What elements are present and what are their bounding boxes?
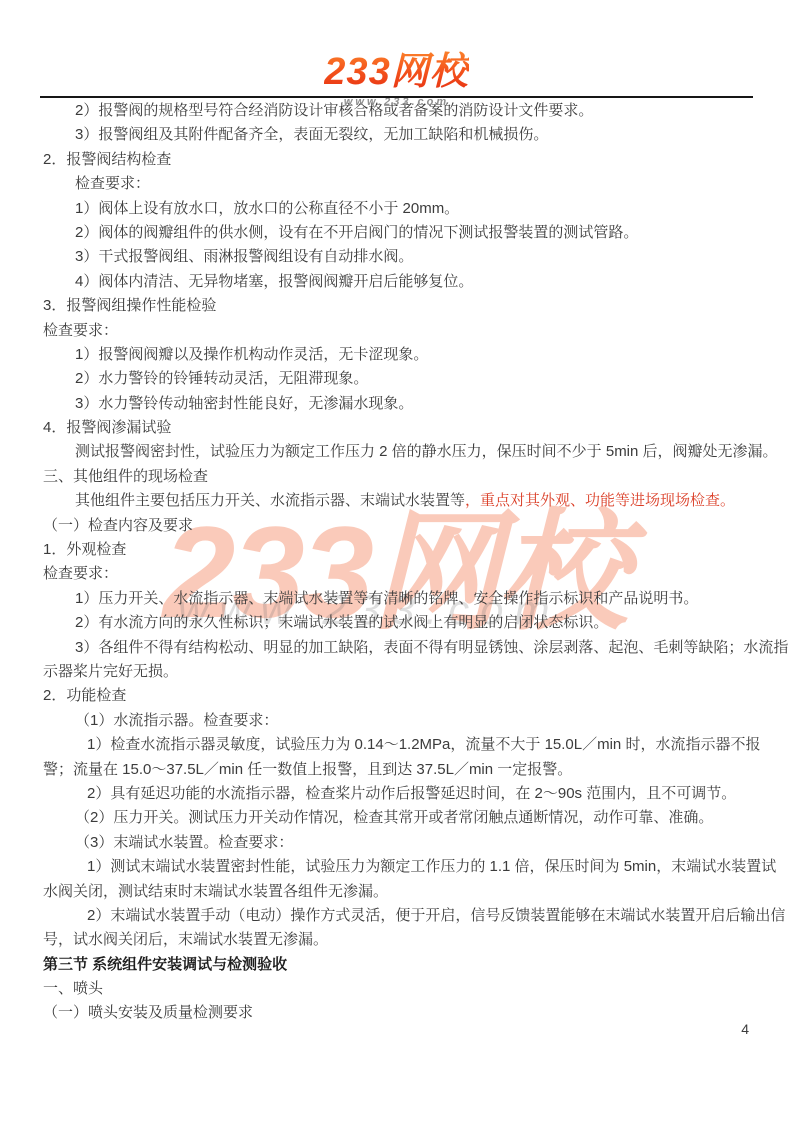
doc-text: 警；流量在 15.0～37.5L／min 任一数值上报警，且到达 37.5L／m…: [43, 761, 572, 778]
doc-text: （2）压力开关。测试压力开关动作情况，检查其常开或者常闭触点通断情况，动作可靠、…: [75, 809, 713, 826]
doc-text: 测试报警阀密封性，试验压力为额定工作压力 2 倍的静水压力，保压时间不少于 5m…: [75, 443, 778, 460]
doc-line: 2．功能检查: [43, 684, 757, 708]
doc-line: 号，试水阀关闭后，末端试水装置无渗漏。: [43, 928, 757, 952]
doc-line: 警；流量在 15.0～37.5L／min 任一数值上报警，且到达 37.5L／m…: [43, 758, 757, 782]
doc-text: 三、其他组件的现场检查: [43, 468, 208, 485]
doc-line: （1）水流指示器。检查要求：: [43, 709, 757, 733]
doc-line: 检查要求：: [43, 562, 757, 586]
doc-text: 1）阀体上设有放水口，放水口的公称直径不小于 20mm。: [75, 200, 459, 217]
doc-line: 2）水力警铃的铃锤转动灵活，无阻滞现象。: [43, 367, 757, 391]
doc-text: 3）水力警铃传动轴密封性能良好，无渗漏水现象。: [75, 395, 413, 412]
doc-line: 2）有水流方向的永久性标识；末端试水装置的试水阀上有明显的启闭状态标识。: [43, 611, 757, 635]
doc-text: 检查要求：: [43, 565, 118, 582]
doc-line: 测试报警阀密封性，试验压力为额定工作压力 2 倍的静水压力，保压时间不少于 5m…: [43, 440, 757, 464]
doc-line: 2）阀体的阀瓣组件的供水侧，设有在不开启阀门的情况下测试报警装置的测试管路。: [43, 221, 757, 245]
doc-line: 3）水力警铃传动轴密封性能良好，无渗漏水现象。: [43, 392, 757, 416]
doc-text: 2）水力警铃的铃锤转动灵活，无阻滞现象。: [75, 370, 368, 387]
doc-text: 3）干式报警阀组、雨淋报警阀组设有自动排水阀。: [75, 248, 413, 265]
doc-text: （一）检查内容及要求: [43, 517, 193, 534]
doc-text: （1）水流指示器。检查要求：: [75, 712, 278, 729]
doc-text: 水阀关闭，测试结束时末端试水装置各组件无渗漏。: [43, 883, 388, 900]
doc-text: 3）各组件不得有结构松动、明显的加工缺陷，表面不得有明显锈蚀、涂层剥落、起泡、毛…: [75, 639, 788, 656]
doc-line: 3）各组件不得有结构松动、明显的加工缺陷，表面不得有明显锈蚀、涂层剥落、起泡、毛…: [43, 636, 757, 660]
doc-text: 检查要求：: [43, 322, 118, 339]
doc-text: 其他组件主要包括压力开关、水流指示器、末端试水装置等: [75, 492, 465, 509]
doc-line: 4．报警阀渗漏试验: [43, 416, 757, 440]
doc-text: 1）报警阀阀瓣以及操作机构动作灵活，无卡涩现象。: [75, 346, 428, 363]
doc-text: （3）末端试水装置。检查要求：: [75, 834, 293, 851]
doc-line: 1）阀体上设有放水口，放水口的公称直径不小于 20mm。: [43, 197, 757, 221]
doc-line: 三、其他组件的现场检查: [43, 465, 757, 489]
doc-line: （3）末端试水装置。检查要求：: [43, 831, 757, 855]
doc-line: 3．报警阀组操作性能检验: [43, 294, 757, 318]
doc-line: 1）压力开关、水流指示器、末端试水装置等有清晰的铭牌、安全操作指示标识和产品说明…: [43, 587, 757, 611]
doc-text: 2．报警阀结构检查: [43, 151, 171, 168]
doc-line: 第三节 系统组件安装调试与检测验收: [43, 953, 757, 977]
doc-text: 第三节 系统组件安装调试与检测验收: [43, 956, 287, 973]
doc-text: 4．报警阀渗漏试验: [43, 419, 171, 436]
page-number: 4: [741, 1021, 749, 1037]
doc-line: 1）测试末端试水装置密封性能，试验压力为额定工作压力的 1.1 倍，保压时间为 …: [43, 855, 757, 879]
doc-line: 2）具有延迟功能的水流指示器，检查桨片动作后报警延迟时间，在 2～90s 范围内…: [43, 782, 757, 806]
doc-text: 1．外观检查: [43, 541, 126, 558]
document-body: 2）报警阀的规格型号符合经消防设计审核合格或者备案的消防设计文件要求。3）报警阀…: [43, 99, 757, 1026]
doc-text: 1）检查水流指示器灵敏度，试验压力为 0.14～1.2MPa，流量不大于 15.…: [87, 736, 760, 753]
doc-text: 3）报警阀组及其附件配备齐全，表面无裂纹，无加工缺陷和机械损伤。: [75, 126, 548, 143]
doc-line: 3）报警阀组及其附件配备齐全，表面无裂纹，无加工缺陷和机械损伤。: [43, 123, 757, 147]
doc-line: 示器桨片完好无损。: [43, 660, 757, 684]
doc-line: 1）报警阀阀瓣以及操作机构动作灵活，无卡涩现象。: [43, 343, 757, 367]
doc-line: 检查要求：: [43, 319, 757, 343]
doc-line: （一）喷头安装及质量检测要求: [43, 1001, 757, 1025]
doc-text: 2．功能检查: [43, 687, 126, 704]
doc-line: 其他组件主要包括压力开关、水流指示器、末端试水装置等，重点对其外观、功能等进场现…: [43, 489, 757, 513]
doc-line: 2．报警阀结构检查: [43, 148, 757, 172]
doc-line: 检查要求：: [43, 172, 757, 196]
doc-text: 一、喷头: [43, 980, 103, 997]
doc-text: 2）末端试水装置手动（电动）操作方式灵活，便于开启，信号反馈装置能够在末端试水装…: [87, 907, 785, 924]
doc-text: 1）压力开关、水流指示器、末端试水装置等有清晰的铭牌、安全操作指示标识和产品说明…: [75, 590, 698, 607]
doc-text: 号，试水阀关闭后，末端试水装置无渗漏。: [43, 931, 328, 948]
doc-text: 2）有水流方向的永久性标识；末端试水装置的试水阀上有明显的启闭状态标识。: [75, 614, 608, 631]
doc-line: 2）末端试水装置手动（电动）操作方式灵活，便于开启，信号反馈装置能够在末端试水装…: [43, 904, 757, 928]
doc-text: 4）阀体内清洁、无异物堵塞，报警阀阀瓣开启后能够复位。: [75, 273, 473, 290]
doc-line: 一、喷头: [43, 977, 757, 1001]
doc-text: 2）阀体的阀瓣组件的供水侧，设有在不开启阀门的情况下测试报警装置的测试管路。: [75, 224, 638, 241]
doc-line: 4）阀体内清洁、无异物堵塞，报警阀阀瓣开启后能够复位。: [43, 270, 757, 294]
doc-line: （2）压力开关。测试压力开关动作情况，检查其常开或者常闭触点通断情况，动作可靠、…: [43, 806, 757, 830]
doc-text-red: ，重点对其外观、功能等进场现场检查。: [465, 492, 735, 509]
document-page: 233网校 www.233.com 233网校 www.233.com 2）报警…: [0, 0, 793, 1122]
doc-line: （一）检查内容及要求: [43, 514, 757, 538]
doc-line: 1）检查水流指示器灵敏度，试验压力为 0.14～1.2MPa，流量不大于 15.…: [43, 733, 757, 757]
doc-text: 1）测试末端试水装置密封性能，试验压力为额定工作压力的 1.1 倍，保压时间为 …: [87, 858, 776, 875]
brand-logo: 233网校: [324, 40, 468, 95]
doc-text: （一）喷头安装及质量检测要求: [43, 1004, 253, 1021]
doc-line: 3）干式报警阀组、雨淋报警阀组设有自动排水阀。: [43, 245, 757, 269]
doc-line: 水阀关闭，测试结束时末端试水装置各组件无渗漏。: [43, 880, 757, 904]
doc-text: 检查要求：: [75, 175, 150, 192]
doc-text: 2）具有延迟功能的水流指示器，检查桨片动作后报警延迟时间，在 2～90s 范围内…: [87, 785, 736, 802]
doc-text: 3．报警阀组操作性能检验: [43, 297, 216, 314]
doc-text: 示器桨片完好无损。: [43, 663, 178, 680]
header-divider: [40, 96, 753, 98]
doc-line: 1．外观检查: [43, 538, 757, 562]
